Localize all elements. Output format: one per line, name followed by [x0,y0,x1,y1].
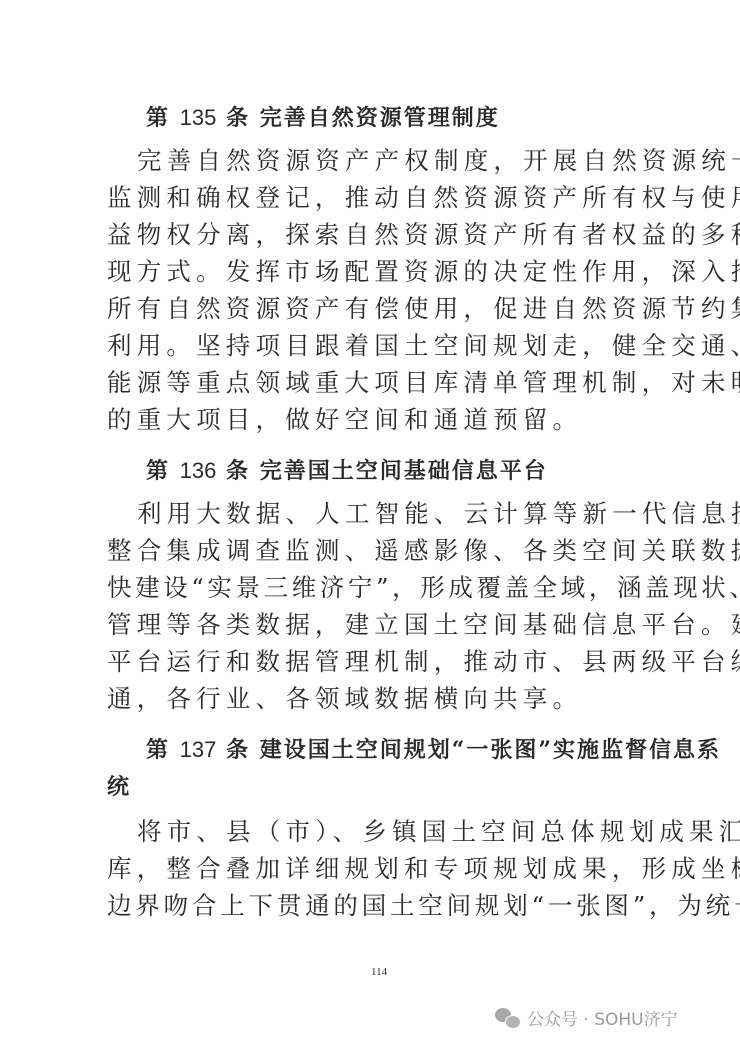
paragraph-line: 平台运行和数据管理机制，推动市、县两级平台纵向贯 [107,647,647,677]
article-137-heading-continuation: 统 [107,772,647,802]
heading-prefix: 第 [146,737,180,763]
paragraph-line: 管理等各类数据，建立国土空间基础信息平台。建立健全 [107,610,647,640]
paragraph-line: 益物权分离，探索自然资源资产所有者权益的多种有效实 [107,220,647,250]
paragraph-line: 现方式。发挥市场配置资源的决定性作用，深入推进全民 [107,257,647,287]
paragraph-line: 边界吻合上下贯通的国土空间规划“一张图”，为统一国土空 [107,891,647,921]
paragraph-line: 所有自然资源资产有偿使用，促进自然资源节约集约开发 [107,294,647,324]
wechat-icon [495,1007,521,1029]
watermark: 公众号 · SOHU济宁 [495,1005,678,1030]
heading-prefix: 第 [146,105,180,131]
heading-title: 条 完善自然资源管理制度 [216,105,499,131]
paragraph-line: 完善自然资源资产产权制度，开展自然资源统一调查 [137,146,677,176]
paragraph-line: 通，各行业、各领域数据横向共享。 [107,684,647,714]
paragraph-line: 的重大项目，做好空间和通道预留。 [107,405,647,435]
article-number: 136 [180,458,217,483]
page-number: 114 [371,966,387,978]
paragraph-line: 利用。坚持项目跟着国土空间规划走，健全交通、水利、 [107,331,647,361]
paragraph-line: 将市、县（市）、乡镇国土空间总体规划成果汇交入 [137,817,677,847]
paragraph-line: 整合集成调查监测、遥感影像、各类空间关联数据等，加 [107,536,647,566]
paragraph-line: 库，整合叠加详细规划和专项规划成果，形成坐标一致、 [107,854,647,884]
article-135-heading: 第 135 条 完善自然资源管理制度 [146,103,686,133]
heading-title: 条 完善国土空间基础信息平台 [216,458,547,484]
article-number: 135 [180,105,217,130]
watermark-text: 公众号 · SOHU济宁 [527,1005,678,1030]
heading-title: 条 建设国土空间规划“一张图”实施监督信息系 [216,737,721,763]
heading-prefix: 第 [146,458,180,484]
paragraph-line: 利用大数据、人工智能、云计算等新一代信息技术， [137,499,677,529]
paragraph-line: 监测和确权登记，推动自然资源资产所有权与使用权等用 [107,183,647,213]
paragraph-line: 能源等重点领域重大项目库清单管理机制，对未明确选址 [107,368,647,398]
article-136-heading: 第 136 条 完善国土空间基础信息平台 [146,456,686,486]
paragraph-line: 快建设“实景三维济宁”，形成覆盖全域，涵盖现状、规划、 [107,573,647,603]
article-number: 137 [180,737,217,762]
article-137-heading: 第 137 条 建设国土空间规划“一张图”实施监督信息系 [146,735,686,765]
